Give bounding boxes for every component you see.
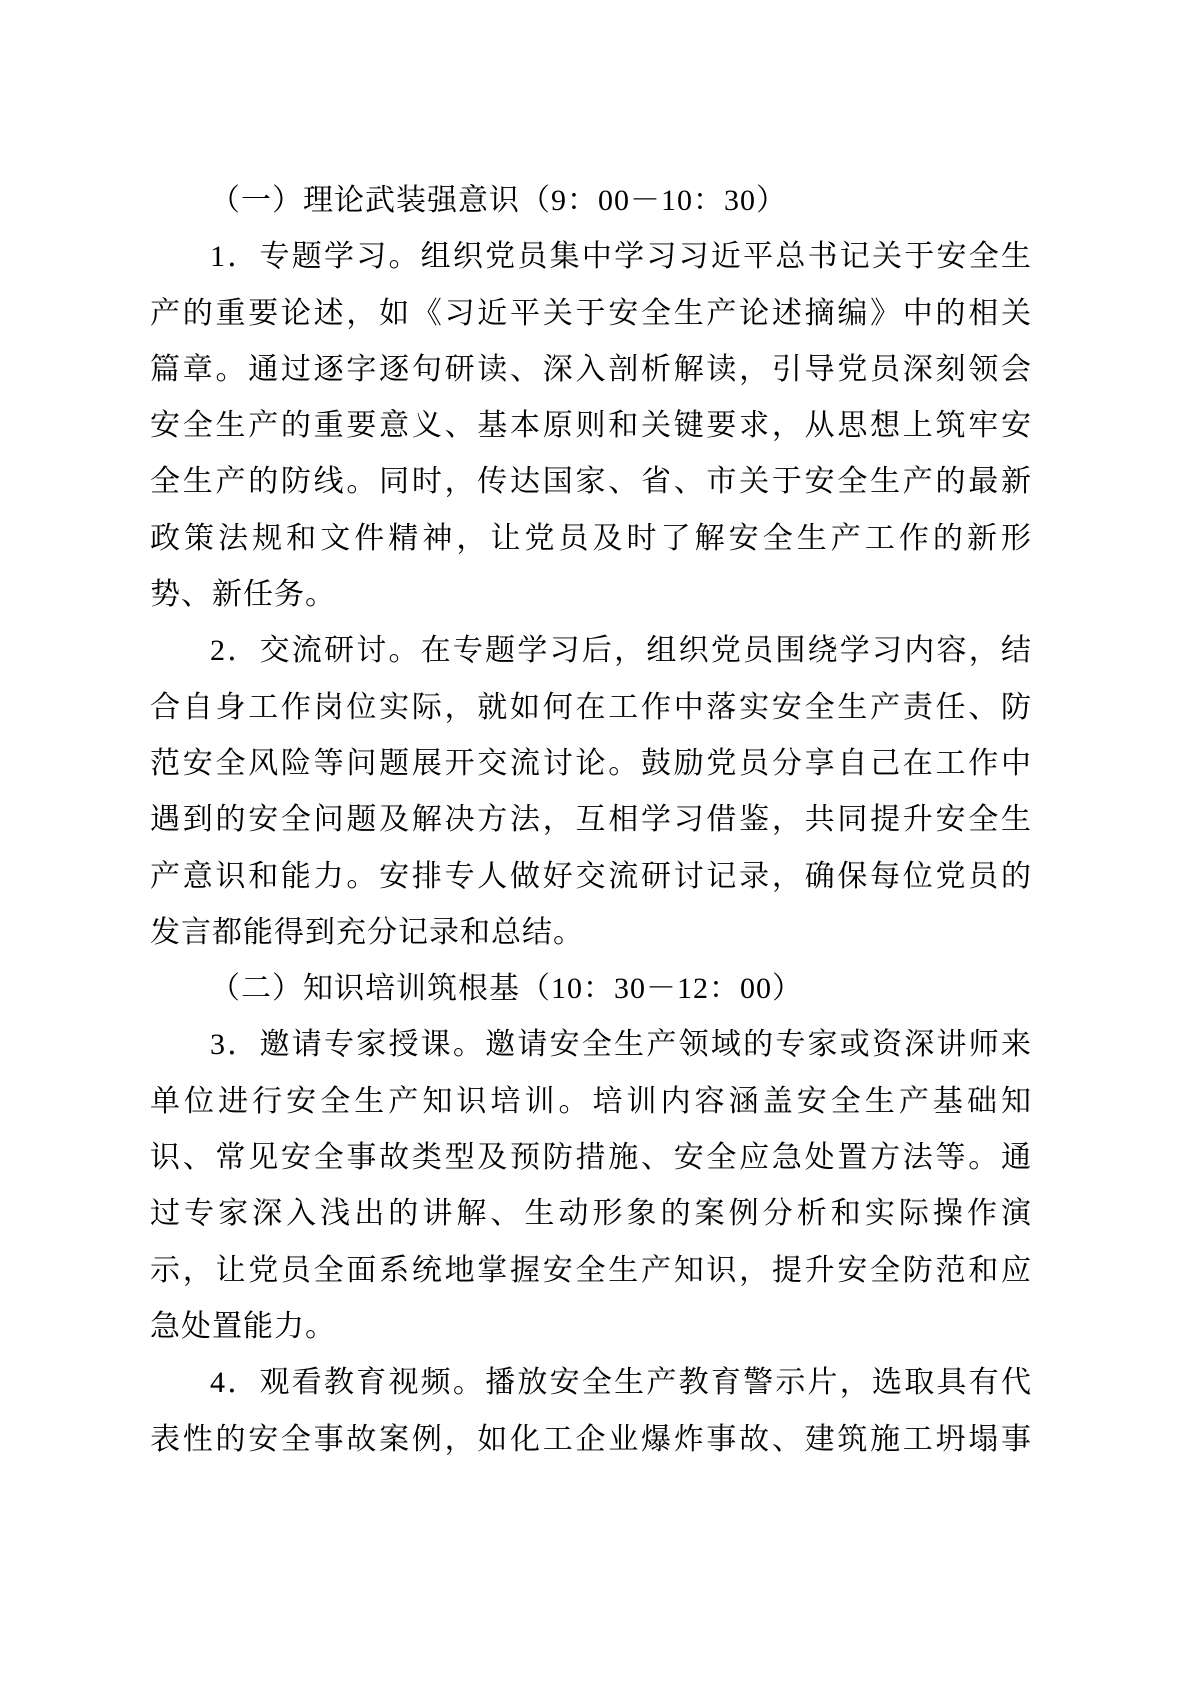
body-text-line: 1．专题学习。组织党员集中学习习近平总书记关于安全生 xyxy=(150,229,1032,285)
body-text-line: 示，让党员全面系统地掌握安全生产知识，提升安全防范和应 xyxy=(150,1243,1032,1299)
body-text-line: 3．邀请专家授课。邀请安全生产领域的专家或资深讲师来 xyxy=(150,1017,1032,1073)
body-text-line: 政策法规和文件精神，让党员及时了解安全生产工作的新形 xyxy=(150,511,1032,567)
body-text-line: 识、常见安全事故类型及预防措施、安全应急处置方法等。通 xyxy=(150,1130,1032,1186)
body-text-line: 安全生产的重要意义、基本原则和关键要求，从思想上筑牢安 xyxy=(150,398,1032,454)
body-text-line: 2．交流研讨。在专题学习后，组织党员围绕学习内容，结 xyxy=(150,623,1032,679)
body-text-line: 4．观看教育视频。播放安全生产教育警示片，选取具有代 xyxy=(150,1355,1032,1411)
document-page: （一）理论武装强意识（9：00－10：30）1．专题学习。组织党员集中学习习近平… xyxy=(0,0,1190,1683)
body-text-line: 势、新任务。 xyxy=(150,567,1032,623)
body-text-line: 表性的安全事故案例，如化工企业爆炸事故、建筑施工坍塌事 xyxy=(150,1412,1032,1468)
body-text-line: 全生产的防线。同时，传达国家、省、市关于安全生产的最新 xyxy=(150,454,1032,510)
document-body: （一）理论武装强意识（9：00－10：30）1．专题学习。组织党员集中学习习近平… xyxy=(150,173,1032,1468)
body-text-line: 发言都能得到充分记录和总结。 xyxy=(150,905,1032,961)
body-text-line: 合自身工作岗位实际，就如何在工作中落实安全生产责任、防 xyxy=(150,680,1032,736)
body-text-line: 范安全风险等问题展开交流讨论。鼓励党员分享自己在工作中 xyxy=(150,736,1032,792)
section-heading: （一）理论武装强意识（9：00－10：30） xyxy=(150,173,1032,229)
section-heading: （二）知识培训筑根基（10：30－12：00） xyxy=(150,961,1032,1017)
body-text-line: 产意识和能力。安排专人做好交流研讨记录，确保每位党员的 xyxy=(150,849,1032,905)
body-text-line: 过专家深入浅出的讲解、生动形象的案例分析和实际操作演 xyxy=(150,1186,1032,1242)
body-text-line: 篇章。通过逐字逐句研读、深入剖析解读，引导党员深刻领会 xyxy=(150,342,1032,398)
body-text-line: 单位进行安全生产知识培训。培训内容涵盖安全生产基础知 xyxy=(150,1074,1032,1130)
body-text-line: 急处置能力。 xyxy=(150,1299,1032,1355)
body-text-line: 遇到的安全问题及解决方法，互相学习借鉴，共同提升安全生 xyxy=(150,792,1032,848)
body-text-line: 产的重要论述，如《习近平关于安全生产论述摘编》中的相关 xyxy=(150,286,1032,342)
